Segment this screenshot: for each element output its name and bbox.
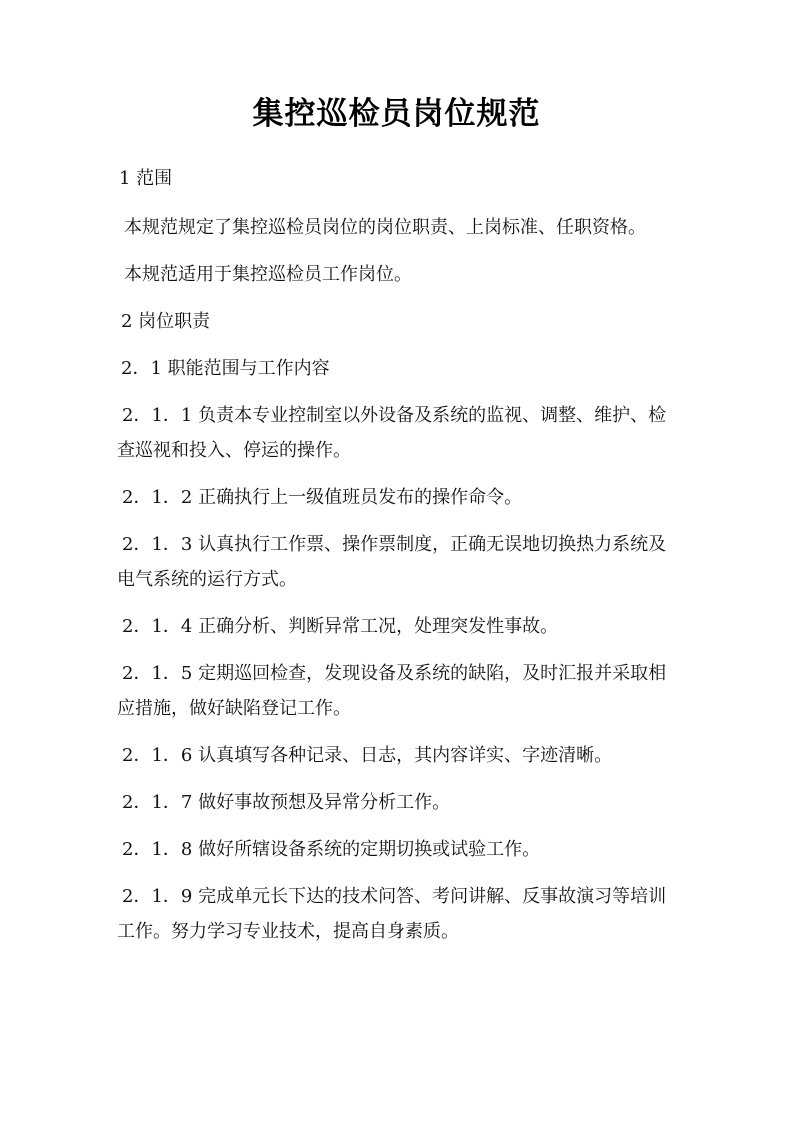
duty-item-2-1-1: 2．1．1 负责本专业控制室以外设备及系统的监视、调整、维护、检查巡视和投入、停… <box>117 398 679 468</box>
duty-item-2-1-5: 2．1．5 定期巡回检查，发现设备及系统的缺陷，及时汇报并采取相应措施，做好缺陷… <box>117 656 679 726</box>
document-page: 集控巡检员岗位规范 1 范围 本规范规定了集控巡检员岗位的岗位职责、上岗标准、任… <box>0 0 793 1122</box>
duty-item-2-1-6: 2．1．6 认真填写各种记录、日志，其内容详实、字迹清晰。 <box>117 738 679 773</box>
section-heading-scope: 1 范围 <box>119 161 681 196</box>
scope-paragraph-1: 本规范规定了集控巡检员岗位的岗位职责、上岗标准、任职资格。 <box>124 210 686 245</box>
document-title: 集控巡检员岗位规范 <box>0 94 793 134</box>
subsection-heading-scope-content: 2．1 职能范围与工作内容 <box>121 351 683 386</box>
duty-item-2-1-3: 2．1．3 认真执行工作票、操作票制度，正确无误地切换热力系统及电气系统的运行方… <box>117 527 679 597</box>
duty-item-2-1-8: 2．1．8 做好所辖设备系统的定期切换或试验工作。 <box>117 832 679 867</box>
duty-item-2-1-9: 2．1．9 完成单元长下达的技术问答、考问讲解、反事故演习等培训工作。努力学习专… <box>117 879 679 949</box>
duty-item-2-1-4: 2．1．4 正确分析、判断异常工况，处理突发性事故。 <box>117 609 679 644</box>
scope-paragraph-2: 本规范适用于集控巡检员工作岗位。 <box>124 257 686 292</box>
section-heading-duties: 2 岗位职责 <box>121 304 683 339</box>
duty-item-2-1-7: 2．1．7 做好事故预想及异常分析工作。 <box>117 785 679 820</box>
duty-item-2-1-2: 2．1．2 正确执行上一级值班员发布的操作命令。 <box>117 480 679 515</box>
